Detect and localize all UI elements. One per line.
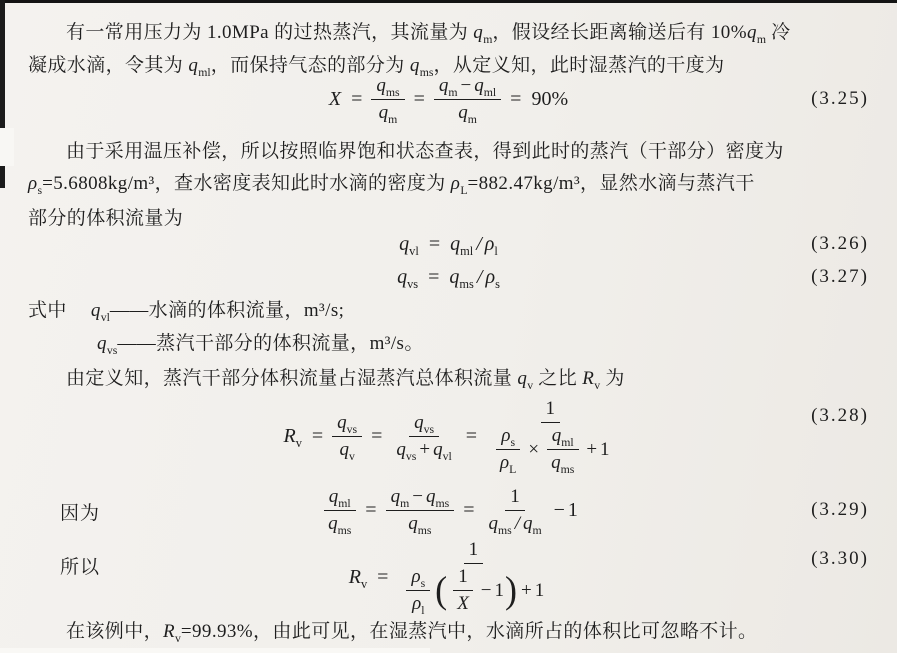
math-var-rho-s: ρs (28, 173, 42, 194)
var-base: q (450, 233, 460, 255)
slash-sign: / (515, 513, 520, 534)
var-base: R (163, 621, 175, 642)
var-sub: vl (409, 244, 419, 258)
scan-artifact-bottom-strip (0, 648, 430, 653)
text-run: =5.6808kg/m³，查水密度表知此时水滴的密度为 (42, 173, 451, 194)
fraction: ρs ρL (495, 425, 521, 474)
equation-number: (3.26) (811, 233, 869, 255)
number-one: 1 (458, 566, 468, 587)
math-var-qms: qms (410, 55, 434, 76)
math-var-Rv: Rv (163, 621, 181, 642)
fraction: qml qms (546, 425, 579, 474)
text-run: 冷 (766, 22, 791, 43)
math-var-qvs: qvs (97, 333, 117, 354)
fraction-denominator: qms (323, 511, 356, 535)
plus-sign: + (521, 580, 532, 602)
equation-content: qvs = qms/ρs (392, 266, 505, 289)
fraction-denominator: qms (403, 511, 436, 535)
because-label: 因为 (60, 498, 100, 525)
equals-sign: = (414, 88, 425, 111)
times-sign: × (528, 439, 539, 461)
var-sub: l (421, 604, 424, 617)
equation-number: (3.29) (811, 499, 869, 521)
var-base: R (349, 566, 361, 588)
fraction-denominator: qms/qm (483, 511, 546, 535)
text-run: 有一常用压力为 1.0MPa 的过热蒸汽，其流量为 (66, 22, 473, 43)
fraction: qm−qml qm (434, 75, 501, 124)
therefore-label: 所以 (60, 552, 100, 579)
var-sub: m (448, 85, 457, 98)
equals-sign: = (429, 233, 440, 256)
equation-3-28: Rv = qvs qv = qvs qvs+qvl = 1 ρs ρL × (28, 392, 869, 480)
equation-number: (3.30) (811, 548, 869, 570)
equals-sign: = (510, 88, 521, 111)
var-base: q (449, 266, 459, 288)
number-one: 1 (546, 398, 556, 419)
var-sub: L (460, 184, 467, 197)
var-sub: vs (107, 344, 117, 357)
equation-3-26: qvl = qml/ρl (3.26) (28, 229, 869, 259)
equals-sign: = (312, 425, 323, 448)
var-base: ρ (500, 452, 509, 473)
var-base: q (747, 22, 757, 43)
var-sub: ms (459, 277, 473, 291)
paragraph-3: 由定义知，蒸汽干部分体积流量占湿蒸汽总体积流量 qv 之比 Rv 为 (66, 366, 625, 392)
fraction: 1 qms/qm (483, 486, 546, 535)
scan-edge-top (0, 0, 897, 3)
math-var-qvl: qvl (399, 233, 419, 256)
var-sub: vl (443, 449, 452, 462)
where-label: 式中 (28, 300, 67, 321)
var-base: R (283, 425, 295, 447)
equation-content: Rv = 1 ρs ρl ( 1 X − 1 ) + (344, 539, 554, 615)
var-sub: m (388, 112, 397, 125)
var-sub: m (532, 523, 541, 536)
number-one: 1 (535, 580, 545, 602)
var-base: q (379, 102, 389, 123)
fraction-numerator: qml (547, 425, 579, 450)
var-sub: vs (407, 277, 418, 291)
var-base: q (551, 452, 561, 473)
fraction-denominator: qm (374, 100, 403, 124)
var-base: X (329, 88, 341, 110)
var-sub: ml (484, 85, 496, 98)
var-sub: ms (561, 463, 575, 476)
math-var-qm: qm (747, 22, 766, 43)
var-base: q (329, 486, 339, 507)
equation-3-29: 因为 qml qms = qm−qms qms = 1 qms/qm − 1 (… (28, 482, 869, 538)
var-sub: ms (338, 523, 352, 536)
var-sub: ml (338, 496, 350, 509)
var-base: q (439, 75, 449, 96)
paragraph-2-line-1: 由于采用温压补偿，所以按照临界饱和状态查表，得到此时的蒸汽（干部分）密度为 (66, 139, 784, 165)
var-base: q (328, 513, 338, 534)
var-sub: ml (561, 436, 573, 449)
text-run: =99.93%，由此可见，在湿蒸汽中，水滴所占的体积比可忽略不计。 (181, 621, 758, 642)
var-sub: vl (101, 311, 110, 324)
equals-sign: = (351, 88, 362, 111)
where-clause-line-2: qvs——蒸汽干部分的体积流量，m³/s。 (97, 331, 424, 357)
big-fraction: 1 ρs ρl ( 1 X − 1 ) + 1 (397, 539, 549, 615)
minus-sign: − (412, 486, 423, 507)
fraction: qvs qvs+qvl (391, 412, 456, 461)
fraction-denominator: ρl (407, 591, 429, 615)
var-sub: l (494, 244, 497, 258)
number-one: 1 (510, 486, 520, 507)
fraction-numerator: qms (371, 75, 404, 100)
var-sub: ms (418, 523, 432, 536)
equation-3-30: 所以 Rv = 1 ρs ρl ( 1 X − 1 ) (28, 540, 869, 614)
equation-content: qml qms = qm−qms qms = 1 qms/qm − 1 (319, 486, 578, 535)
fraction-numerator: 1 (541, 398, 561, 423)
var-sub: s (510, 436, 515, 449)
equation-3-27: qvs = qms/ρs (3.27) (28, 261, 869, 293)
equals-sign: = (466, 425, 477, 448)
number-one: 1 (495, 580, 505, 602)
var-sub: ml (460, 244, 473, 258)
minus-sign: − (481, 580, 492, 602)
equals-sign: = (371, 425, 382, 448)
var-base: ρ (485, 266, 495, 288)
fraction: ρs ρl (406, 566, 430, 615)
math-var-qvs: qvs (397, 266, 418, 289)
var-sub: ms (435, 496, 449, 509)
var-base: q (458, 102, 468, 123)
text-run: =882.47kg/m³，显然水滴与蒸汽干 (468, 173, 755, 194)
fraction: qms qm (371, 75, 404, 124)
scan-artifact-light-patch (0, 128, 14, 166)
where-clause-line-1: 式中qvl——水滴的体积流量，m³/s; (28, 298, 344, 324)
fraction: qml qms (323, 486, 356, 535)
equation-3-25: X = qms qm = qm−qml qm = 90% (3.25) (28, 74, 869, 124)
fraction-numerator: qm−qms (386, 486, 455, 511)
equation-number: (3.25) (811, 88, 869, 110)
var-base: X (457, 593, 469, 614)
fraction-numerator: qvs (332, 412, 362, 437)
var-base: q (408, 513, 418, 534)
var-sub: m (468, 112, 477, 125)
fraction-numerator: qm−qml (434, 75, 501, 100)
paragraph-2-line-2: ρs=5.6808kg/m³，查水密度表知此时水滴的密度为 ρL=882.47k… (28, 171, 755, 197)
var-base: q (488, 513, 498, 534)
var-sub: ms (498, 523, 512, 536)
paragraph-4: 在该例中，Rv=99.93%，由此可见，在湿蒸汽中，水滴所占的体积比可忽略不计。 (66, 619, 757, 645)
var-base: ρ (451, 173, 461, 194)
text-run: 部分的体积流量为 (28, 208, 183, 229)
equals-sign: = (428, 266, 439, 289)
var-sub: s (421, 577, 426, 590)
plus-sign: + (419, 439, 430, 460)
text-run: ，而保持气态的部分为 (211, 55, 410, 76)
fraction-numerator: 1 (453, 566, 473, 591)
var-base: q (473, 22, 483, 43)
var-sub: m (483, 33, 492, 46)
var-sub: s (495, 277, 500, 291)
var-sub: m (757, 33, 766, 46)
var-base: q (339, 439, 349, 460)
minus-sign: − (461, 75, 472, 96)
var-base: R (582, 368, 594, 389)
math-var-qm: qm (473, 22, 492, 43)
equals-sign: = (365, 499, 376, 522)
var-base: q (474, 75, 484, 96)
var-base: q (552, 425, 562, 446)
number-one: 1 (568, 499, 578, 522)
var-sub: v (296, 436, 302, 450)
fraction: 1 X (452, 566, 474, 615)
equation-content: X = qms qm = qm−qml qm = 90% (324, 75, 573, 124)
var-sub: L (509, 463, 516, 476)
var-sub: ms (386, 85, 400, 98)
var-base: q (399, 233, 409, 255)
var-base: q (376, 75, 386, 96)
text-run: 由定义知，蒸汽干部分体积流量占湿蒸汽总体积流量 (66, 368, 517, 389)
fraction-numerator: 1 (464, 539, 484, 564)
number-one: 1 (469, 539, 479, 560)
fraction-numerator: ρs (406, 566, 430, 591)
var-base: q (414, 412, 424, 433)
math-var-qv: qv (517, 368, 533, 389)
text-run: ，从定义知，此时湿蒸汽的干度为 (433, 55, 724, 76)
fraction-numerator: ρs (496, 425, 520, 450)
text-run: 之比 (533, 368, 582, 389)
var-sub: v (361, 577, 367, 591)
var-base: q (337, 412, 347, 433)
var-base: q (97, 333, 107, 354)
number-one: 1 (600, 439, 610, 461)
big-fraction: 1 ρs ρL × qml qms + 1 (486, 398, 614, 474)
fraction-denominator: ρs ρL × qml qms + 1 (486, 423, 614, 474)
var-base: q (410, 55, 420, 76)
equation-number: (3.27) (811, 266, 869, 288)
var-sub: vs (347, 422, 357, 435)
var-base: q (517, 368, 527, 389)
equals-sign: = (377, 566, 388, 589)
slash-sign: / (476, 233, 482, 255)
fraction-numerator: qvs (409, 412, 439, 437)
text-run: ，假设经长距离输送后有 10% (492, 22, 747, 43)
var-sub: v (349, 449, 355, 462)
fraction-denominator: qv (334, 437, 359, 461)
math-var-X: X (329, 88, 341, 111)
math-var-rho-L: ρL (451, 173, 468, 194)
var-base: q (396, 439, 406, 460)
fraction-numerator: qml (324, 486, 356, 511)
text-run: ——水滴的体积流量，m³/s; (110, 300, 344, 321)
paragraph-1-line-1: 有一常用压力为 1.0MPa 的过热蒸汽，其流量为 qm，假设经长距离输送后有 … (66, 20, 791, 46)
var-base: q (433, 439, 443, 460)
text-run: 凝成水滴，令其为 (28, 55, 188, 76)
fraction: qvs qv (332, 412, 362, 461)
var-base: q (391, 486, 401, 507)
math-var-Rv: Rv (283, 425, 301, 448)
fraction-denominator: X (452, 591, 474, 615)
fraction-denominator: qm (453, 100, 482, 124)
slash-sign: / (477, 266, 483, 288)
text-run: ——蒸汽干部分的体积流量，m³/s。 (117, 333, 423, 354)
var-sub: vs (406, 449, 416, 462)
fraction-denominator: ρL (495, 450, 521, 474)
equation-content: qvl = qml/ρl (394, 233, 503, 256)
var-base: ρ (412, 593, 421, 614)
math-var-qvl: qvl (91, 300, 110, 321)
var-sub: m (400, 496, 409, 509)
math-var-Rv: Rv (349, 566, 367, 589)
math-var-Rv: Rv (582, 368, 600, 389)
fraction: qm−qms qms (386, 486, 455, 535)
equation-content: Rv = qvs qv = qvs qvs+qvl = 1 ρs ρL × (278, 398, 618, 474)
result-value: 90% (531, 88, 568, 111)
var-base: q (397, 266, 407, 288)
var-base: q (91, 300, 101, 321)
equation-number: (3.28) (811, 405, 869, 427)
scanned-document-page: 有一常用压力为 1.0MPa 的过热蒸汽，其流量为 qm，假设经长距离输送后有 … (0, 0, 897, 653)
text-run: 为 (600, 368, 625, 389)
plus-sign: + (586, 439, 597, 461)
text-run: 由于采用温压补偿，所以按照临界饱和状态查表，得到此时的蒸汽（干部分）密度为 (66, 141, 784, 162)
math-var-qml: qml (188, 55, 210, 76)
fraction-denominator: qms (546, 450, 579, 474)
text-run: 在该例中， (66, 621, 163, 642)
math-expression: qms/ρs (449, 266, 499, 289)
var-base: q (188, 55, 198, 76)
math-expression: qml/ρl (450, 233, 498, 256)
var-base: ρ (485, 233, 495, 255)
fraction-numerator: 1 (505, 486, 525, 511)
minus-sign: − (554, 499, 565, 522)
var-base: ρ (411, 566, 420, 587)
fraction-denominator: qvs+qvl (391, 437, 456, 461)
var-base: ρ (28, 173, 38, 194)
fraction-denominator: ρs ρl ( 1 X − 1 ) + 1 (397, 564, 549, 615)
equals-sign: = (463, 499, 474, 522)
var-sub: vs (424, 422, 434, 435)
